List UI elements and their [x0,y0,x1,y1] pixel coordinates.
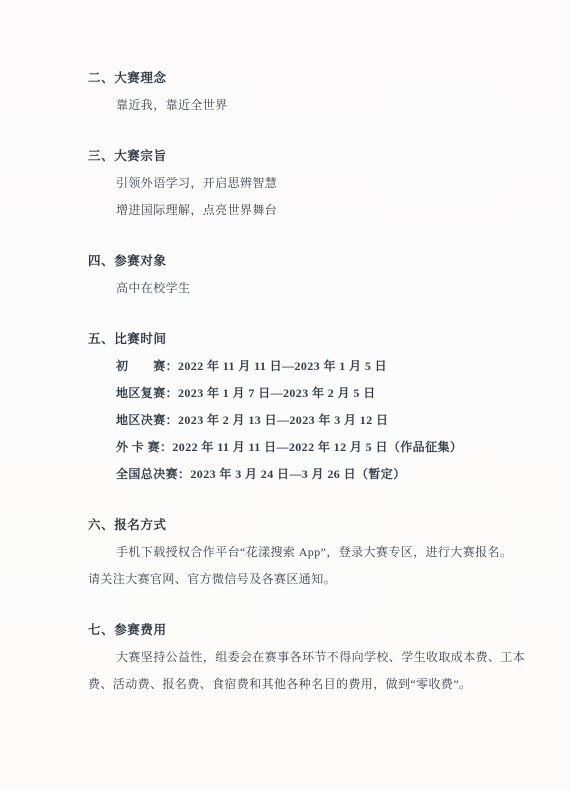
text-line: 地区决赛：2023 年 2 月 13 日—2023 年 3 月 12 日 [88,407,514,434]
section-heading: 六、报名方式 [88,512,514,539]
document-section: 五、比赛时间初 赛：2022 年 11 月 11 日—2023 年 1 月 5 … [88,326,514,488]
text-line: 请关注大赛官网、官方微信号及各赛区通知。 [88,566,514,593]
section-heading: 五、比赛时间 [88,326,514,353]
text-line: 引领外语学习，开启思辨智慧 [88,170,514,197]
text-line: 费、活动费、报名费、食宿费和其他各种名目的费用，做到“零收费”。 [88,671,514,698]
text-line: 高中在校学生 [88,275,514,302]
document-section: 二、大赛理念靠近我，靠近全世界 [88,65,514,119]
section-heading: 七、参赛费用 [88,617,514,644]
text-line: 全国总决赛：2023 年 3 月 24 日—3 月 26 日（暂定） [88,461,514,488]
text-line: 初 赛：2022 年 11 月 11 日—2023 年 1 月 5 日 [88,353,514,380]
text-line: 手机下载授权合作平台“花漾搜索 App”，登录大赛专区，进行大赛报名。 [88,539,514,566]
document-section: 六、报名方式手机下载授权合作平台“花漾搜索 App”，登录大赛专区，进行大赛报名… [88,512,514,593]
section-heading: 四、参赛对象 [88,248,514,275]
text-line: 增进国际理解，点亮世界舞台 [88,197,514,224]
document-section: 三、大赛宗旨引领外语学习，开启思辨智慧增进国际理解，点亮世界舞台 [88,143,514,224]
text-line: 地区复赛：2023 年 1 月 7 日—2023 年 2 月 5 日 [88,380,514,407]
document-page: 二、大赛理念靠近我，靠近全世界三、大赛宗旨引领外语学习，开启思辨智慧增进国际理解… [0,0,570,791]
section-heading: 二、大赛理念 [88,65,514,92]
text-line: 大赛坚持公益性，组委会在赛事各环节不得向学校、学生收取成本费、工本 [88,644,514,671]
document-section: 七、参赛费用大赛坚持公益性，组委会在赛事各环节不得向学校、学生收取成本费、工本费… [88,617,514,698]
text-line: 外 卡 赛：2022 年 11 月 11 日—2022 年 12 月 5 日（作… [88,434,514,461]
document-content: 二、大赛理念靠近我，靠近全世界三、大赛宗旨引领外语学习，开启思辨智慧增进国际理解… [88,65,514,698]
document-section: 四、参赛对象高中在校学生 [88,248,514,302]
section-heading: 三、大赛宗旨 [88,143,514,170]
text-line: 靠近我，靠近全世界 [88,92,514,119]
